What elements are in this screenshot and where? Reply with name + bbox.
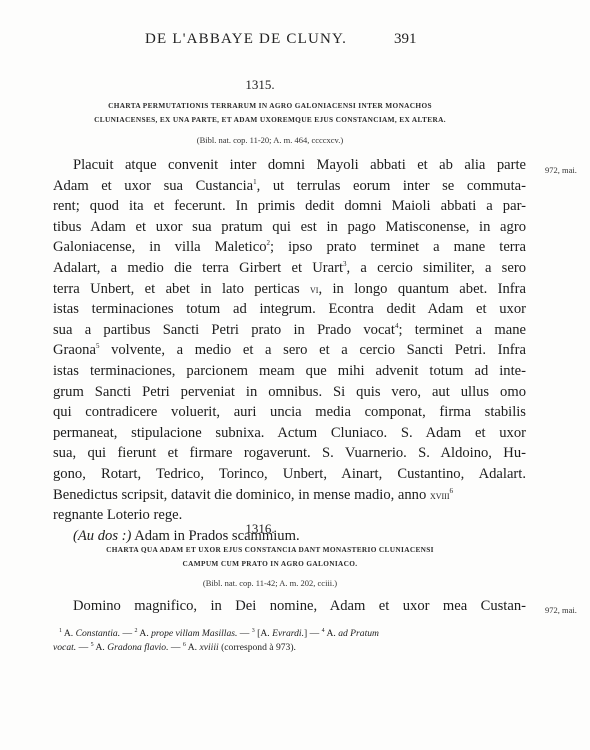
roman-numeral: vi [310, 282, 318, 296]
text-line: tibus Adam et uxor sua pratum qui est in… [53, 217, 526, 238]
footnote-number: 4 [322, 628, 325, 634]
footnote-italic: Constantia. [76, 628, 121, 639]
charter-body-text: Placuit atque convenit inter domni Mayol… [53, 155, 526, 546]
footnote-marker: 5 [96, 342, 100, 350]
text-line: sua, qui fierunt et firmare rogaverunt. … [53, 443, 526, 464]
charter-title-line: CHARTA PERMUTATIONIS TERRARUM IN AGRO GA… [60, 99, 480, 113]
text-line: rent; quod ita et fecerunt. In primis de… [53, 196, 526, 217]
charter-title-line: CAMPUM CUM PRATO IN AGRO GALONIACO. [60, 557, 480, 571]
footnote-italic: Evrardi. [272, 628, 304, 639]
footnote-marker: 1 [253, 178, 257, 186]
source-reference: (Bibl. nat. cop. 11-20; A. m. 464, ccccx… [60, 135, 480, 145]
footnote-italic: Gradona flavio. [107, 642, 168, 653]
footnote-number: 3 [252, 628, 255, 634]
charter-title-line: CHARTA QUA ADAM ET UXOR EJUS CONSTANCIA … [60, 543, 480, 557]
footnote-number: 2 [135, 628, 138, 634]
footnote-number: 6 [183, 642, 186, 648]
footnote-marker: 4 [395, 322, 399, 330]
charter-title: CHARTA QUA ADAM ET UXOR EJUS CONSTANCIA … [60, 543, 480, 571]
charter-title: CHARTA PERMUTATIONIS TERRARUM IN AGRO GA… [60, 99, 480, 127]
charter-body-text: Domino magnifico, in Dei nomine, Adam et… [53, 596, 526, 617]
text-line: Adalart, a medio die terra Girbert et Ur… [53, 258, 526, 279]
page-number: 391 [394, 31, 417, 48]
text-line: permaneat, stipulacione subnixa. Actum C… [53, 423, 526, 444]
charter-number: 1315. [0, 77, 500, 93]
footnote-marker: 6 [449, 487, 453, 495]
margin-date: 972, mai. [545, 165, 577, 175]
footnote-number: 5 [91, 642, 94, 648]
footnote-italic: xviiii [199, 642, 218, 653]
footnote-number: 1 [59, 628, 62, 634]
text-line: istas terminaciones totum ad integrum. E… [53, 299, 526, 320]
source-reference: (Bibl. nat. cop. 11-42; A. m. 202, cciii… [60, 578, 480, 588]
footnotes: 1 A. Constantia. — 2 A. prope villam Mas… [53, 627, 526, 655]
running-title: DE L'ABBAYE DE CLUNY. [145, 31, 347, 48]
text-line: qui contradicere voluerit, auri uncia me… [53, 402, 526, 423]
text-line: istas terminaciones, parcionem meam que … [53, 361, 526, 382]
text-line: grum Sancti Petri perveniat in omnibus. … [53, 382, 526, 403]
running-head: DE L'ABBAYE DE CLUNY. 391 [0, 31, 590, 51]
text-line: sua a partibus Sancti Petri prato in Pra… [53, 320, 526, 341]
text-line: Domino magnifico, in Dei nomine, Adam et… [53, 596, 526, 617]
charter-number: 1316. [0, 521, 500, 537]
text-line: Galoniacense, in villa Maletico2; ipso p… [53, 237, 526, 258]
text-line: Adam et uxor sua Custancia1, ut terrulas… [53, 176, 526, 197]
text-line: gono, Rotart, Tedrico, Torinco, Unbert, … [53, 464, 526, 485]
charter-title-line: CLUNIACENSES, EX UNA PARTE, ET ADAM UXOR… [60, 113, 480, 127]
document-page: DE L'ABBAYE DE CLUNY. 391 1315. CHARTA P… [0, 0, 590, 750]
roman-numeral: xviii [430, 488, 450, 502]
footnote-marker: 2 [267, 239, 271, 247]
text-line: Graona5 volvente, a medio et a sero et a… [53, 340, 526, 361]
text-line: Placuit atque convenit inter domni Mayol… [53, 155, 526, 176]
footnote-italic: vocat. [53, 642, 76, 653]
footnote-italic: prope villam Masillas. [151, 628, 237, 639]
text-line: terra Unbert, et abet in lato perticas v… [53, 279, 526, 300]
footnote-italic: ad Pratum [338, 628, 379, 639]
footnote-line: 1 A. Constantia. — 2 A. prope villam Mas… [53, 627, 526, 641]
footnote-line: vocat. — 5 A. Gradona flavio. — 6 A. xvi… [53, 641, 526, 655]
margin-date: 972, mai. [545, 605, 577, 615]
footnote-marker: 3 [343, 260, 347, 268]
text-line: Benedictus scripsit, datavit die dominic… [53, 485, 526, 506]
